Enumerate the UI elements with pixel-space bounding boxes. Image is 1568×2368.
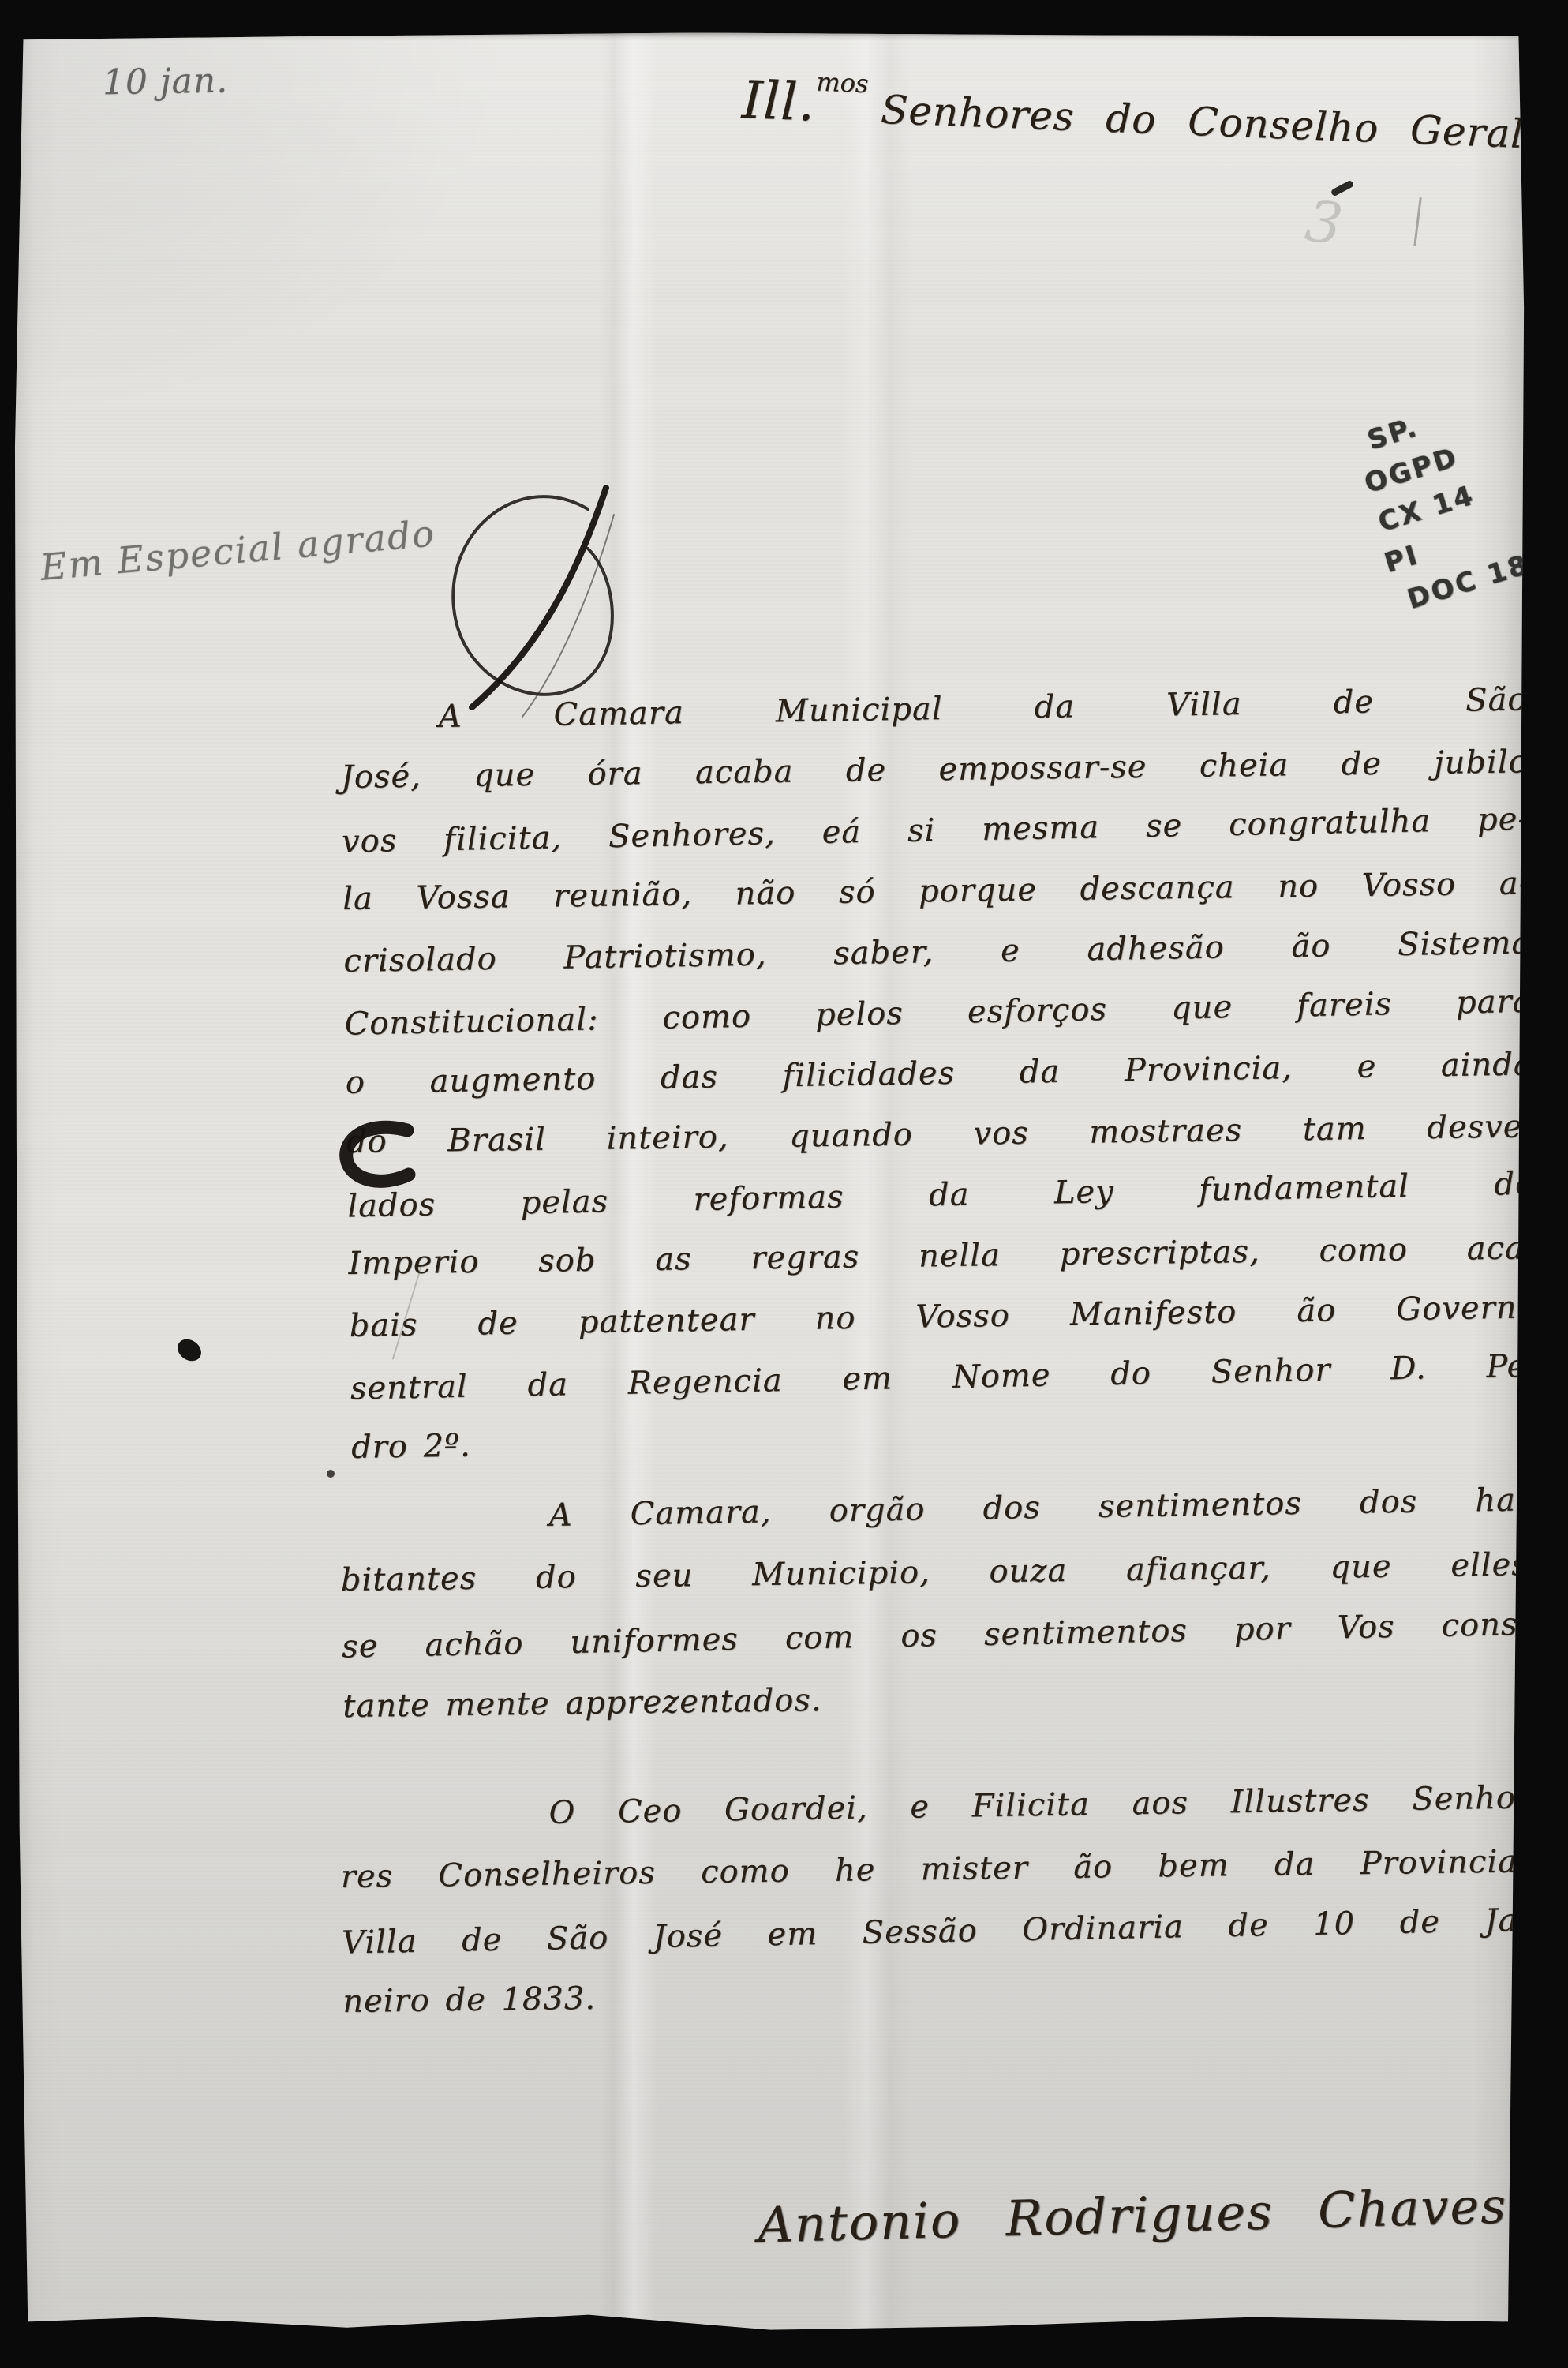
letter-paragraph-3: O Ceo Goardei, e Filicita aos Illustres … — [339, 1767, 1531, 2035]
scanned-document-page: 10 jan. Ill.mos Senhores do Conselho Ger… — [0, 0, 1568, 2368]
letter-paragraph-1: A Camara Municipal da Villa de São José,… — [339, 669, 1540, 1478]
ink-dot — [174, 1335, 206, 1366]
faint-pencil-stroke — [1413, 197, 1422, 246]
ink-dot — [327, 1470, 335, 1478]
archive-stamp: SP. OGPD CX 14 PI DOC 18 — [1353, 388, 1534, 620]
salutation-abbreviation: Ill. — [741, 69, 817, 133]
salutation-text: Senhores do Conselho Geral — [880, 87, 1525, 157]
manuscript-paper: 10 jan. Ill.mos Senhores do Conselho Ger… — [14, 32, 1526, 2333]
date-annotation: 10 jan. — [103, 61, 229, 103]
signature: Antonio Rodrigues Chaves — [757, 2177, 1508, 2254]
ink-blot — [338, 1119, 421, 1194]
letter-paragraph-2: A Camara, orgão dos sentimentos dos ha- … — [339, 1468, 1531, 1740]
faint-pencil-mark: 3 — [1301, 187, 1346, 258]
header-salutation: Ill.mos Senhores do Conselho Geral — [741, 64, 1525, 160]
salutation-superscript: mos — [816, 67, 869, 99]
